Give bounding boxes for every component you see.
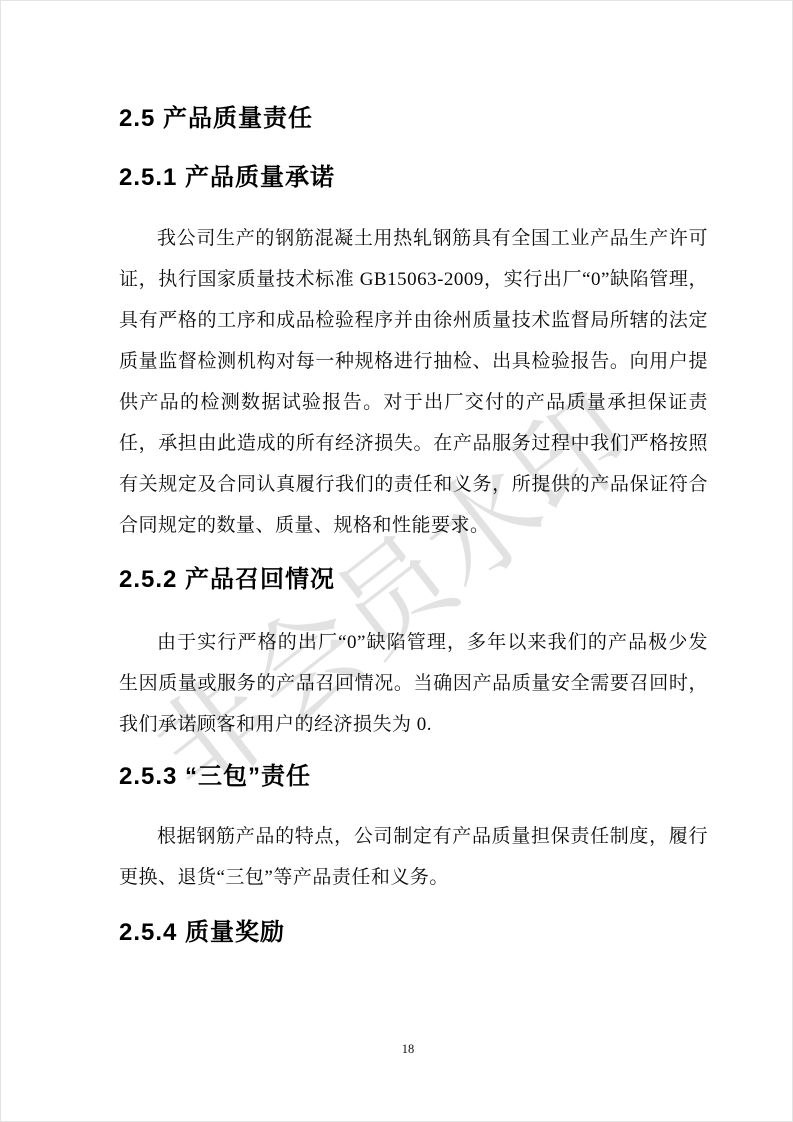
section-heading-2-5-2: 2.5.2 产品召回情况 [119, 565, 708, 595]
page-number: 18 [1, 1042, 792, 1057]
section-heading-2-5-3: 2.5.3 “三包”责任 [119, 762, 708, 792]
section-heading-2-5-4: 2.5.4 质量奖励 [119, 918, 708, 948]
document-content: 2.5 产品质量责任 2.5.1 产品质量承诺 我公司生产的钢筋混凝土用热轧钢筋… [119, 104, 708, 948]
paragraph-three-guarantees: 根据钢筋产品的特点，公司制定有产品质量担保责任制度，履行更换、退货“三包”等产品… [119, 816, 708, 898]
section-heading-2-5: 2.5 产品质量责任 [119, 104, 708, 134]
document-page: 非会员水印 2.5 产品质量责任 2.5.1 产品质量承诺 我公司生产的钢筋混凝… [0, 0, 793, 1122]
section-heading-2-5-1: 2.5.1 产品质量承诺 [119, 163, 708, 193]
paragraph-product-recall: 由于实行严格的出厂“0”缺陷管理，多年以来我们的产品极少发生因质量或服务的产品召… [119, 622, 708, 745]
paragraph-quality-commitment: 我公司生产的钢筋混凝土用热轧钢筋具有全国工业产品生产许可证，执行国家质量技术标准… [119, 218, 708, 546]
